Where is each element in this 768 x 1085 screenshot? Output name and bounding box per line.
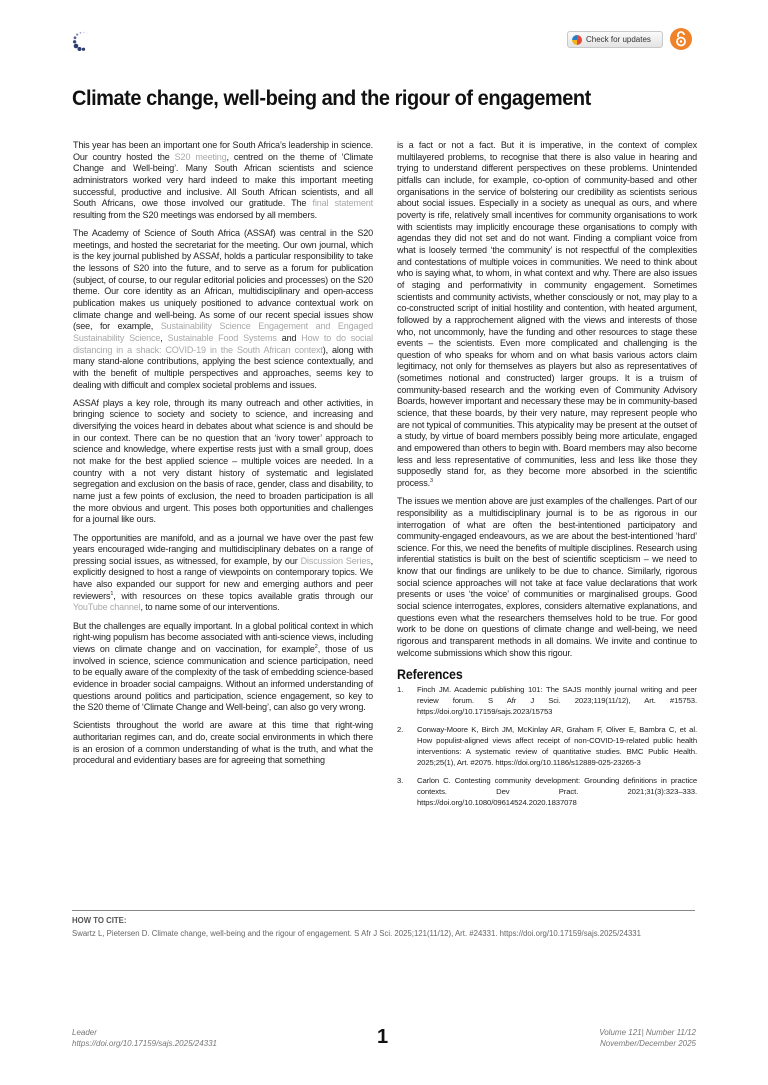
footer-left: Leader https://doi.org/10.17159/sajs.202… bbox=[72, 1027, 217, 1049]
paragraph: is a fact or not a fact. But it is imper… bbox=[397, 140, 697, 490]
how-to-cite-heading: HOW TO CITE: bbox=[72, 916, 126, 925]
paragraph: The issues we mention above are just exa… bbox=[397, 496, 697, 659]
s20-meeting-link[interactable]: S20 meeting bbox=[175, 152, 227, 162]
page-number: 1 bbox=[377, 1026, 388, 1049]
reference-item: 1. Finch JM. Academic publishing 101: Th… bbox=[397, 684, 697, 717]
how-to-cite-text: Swartz L, Pietersen D. Climate change, w… bbox=[72, 928, 697, 939]
journal-logo-icon bbox=[72, 30, 94, 52]
paragraph: The Academy of Science of South Africa (… bbox=[73, 228, 373, 391]
left-column: This year has been an important one for … bbox=[73, 140, 373, 773]
reference-3-superscript[interactable]: 3 bbox=[430, 478, 433, 484]
issue-date: November/December 2025 bbox=[599, 1038, 696, 1049]
references-heading: References bbox=[397, 669, 673, 681]
final-statement-link[interactable]: final statement bbox=[313, 198, 373, 208]
doi-link[interactable]: https://doi.org/10.17159/sajs.2025/24331 bbox=[72, 1038, 217, 1049]
paragraph: The opportunities are manifold, and as a… bbox=[73, 533, 373, 615]
open-access-icon[interactable] bbox=[670, 28, 692, 50]
check-for-updates-label: Check for updates bbox=[586, 35, 651, 44]
paragraph: This year has been an important one for … bbox=[73, 140, 373, 222]
footer-right: Volume 121| Number 11/12 November/Decemb… bbox=[599, 1027, 696, 1049]
discussion-series-link[interactable]: Discussion Series bbox=[301, 556, 371, 566]
paragraph: But the challenges are equally important… bbox=[73, 621, 373, 714]
crossmark-icon bbox=[572, 35, 582, 45]
volume-info: Volume 121| Number 11/12 bbox=[599, 1027, 696, 1038]
paragraph: ASSAf plays a key role, through its many… bbox=[73, 398, 373, 526]
right-column: is a fact or not a fact. But it is imper… bbox=[397, 140, 697, 815]
check-for-updates-button[interactable]: Check for updates bbox=[567, 31, 663, 48]
article-title: Climate change, well-being and the rigou… bbox=[72, 86, 591, 111]
paragraph: Scientists throughout the world are awar… bbox=[73, 720, 373, 767]
divider bbox=[72, 910, 695, 911]
reference-item: 2. Conway-Moore K, Birch JM, McKinlay AR… bbox=[397, 724, 697, 768]
section-label: Leader bbox=[72, 1027, 217, 1038]
reference-item: 3. Carlon C. Contesting community develo… bbox=[397, 775, 697, 808]
youtube-channel-link[interactable]: YouTube channel bbox=[73, 602, 141, 612]
special-issue-link-food-systems[interactable]: Sustainable Food Systems bbox=[168, 333, 277, 343]
